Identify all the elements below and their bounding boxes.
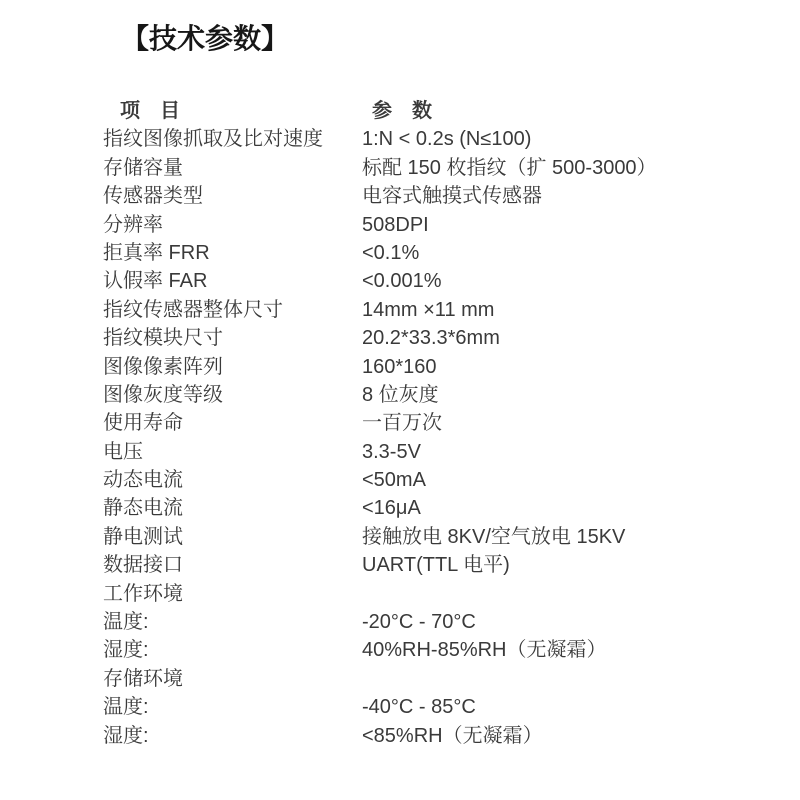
table-row: 图像像素阵列 160*160 <box>103 353 723 381</box>
table-row: 拒真率 FRR <0.1% <box>103 239 723 267</box>
row-value: <85%RH（无凝霜） <box>362 722 723 750</box>
table-row: 温度: -40°C - 85°C <box>103 693 723 721</box>
row-item-label: 湿度: <box>103 722 362 750</box>
row-value: <50mA <box>362 466 723 494</box>
row-value: 14mm ×11 mm <box>362 296 723 324</box>
row-value: 20.2*33.3*6mm <box>362 324 723 352</box>
row-value: -40°C - 85°C <box>362 693 723 721</box>
row-item-label: 温度: <box>103 693 362 721</box>
column-header-item: 项 目 <box>103 97 362 125</box>
row-item-label: 数据接口 <box>103 551 362 579</box>
table-row: 湿度: <85%RH（无凝霜） <box>103 722 723 750</box>
row-value: 3.3-5V <box>362 438 723 466</box>
table-row: 湿度: 40%RH-85%RH（无凝霜） <box>103 636 723 664</box>
row-value: <16μA <box>362 494 723 522</box>
row-value: -20°C - 70°C <box>362 608 723 636</box>
row-item-label: 图像灰度等级 <box>103 381 362 409</box>
table-row: 电压 3.3-5V <box>103 438 723 466</box>
table-header-row: 项 目 参 数 <box>103 97 723 125</box>
table-row: 静态电流 <16μA <box>103 494 723 522</box>
table-row: 存储环境 <box>103 665 723 693</box>
row-value: <0.1% <box>362 239 723 267</box>
row-item-label: 指纹传感器整体尺寸 <box>103 296 362 324</box>
row-item-label: 静电测试 <box>103 523 362 551</box>
table-row: 静电测试 接触放电 8KV/空气放电 15KV <box>103 523 723 551</box>
table-row: 指纹传感器整体尺寸 14mm ×11 mm <box>103 296 723 324</box>
table-row: 数据接口 UART(TTL 电平) <box>103 551 723 579</box>
row-value <box>362 580 723 608</box>
table-row: 分辨率 508DPI <box>103 211 723 239</box>
table-row: 指纹图像抓取及比对速度 1:N < 0.2s (N≤100) <box>103 125 723 153</box>
row-value: 接触放电 8KV/空气放电 15KV <box>362 523 723 551</box>
row-item-label: 指纹模块尺寸 <box>103 324 362 352</box>
row-item-label: 湿度: <box>103 636 362 664</box>
row-value: 1:N < 0.2s (N≤100) <box>362 125 723 153</box>
row-item-label: 存储容量 <box>103 154 362 182</box>
document-page: 【技术参数】 项 目 参 数 指纹图像抓取及比对速度 1:N < 0.2s (N… <box>0 0 800 800</box>
row-item-label: 图像像素阵列 <box>103 353 362 381</box>
row-value: UART(TTL 电平) <box>362 551 723 579</box>
row-value: 电容式触摸式传感器 <box>362 182 723 210</box>
row-item-label: 使用寿命 <box>103 409 362 437</box>
row-value: 40%RH-85%RH（无凝霜） <box>362 636 723 664</box>
row-item-label: 指纹图像抓取及比对速度 <box>103 125 362 153</box>
row-item-label: 拒真率 FRR <box>103 239 362 267</box>
row-value: 8 位灰度 <box>362 381 723 409</box>
table-row: 温度: -20°C - 70°C <box>103 608 723 636</box>
column-header-param: 参 数 <box>362 97 723 125</box>
spec-table: 项 目 参 数 指纹图像抓取及比对速度 1:N < 0.2s (N≤100) 存… <box>103 97 723 750</box>
table-row: 指纹模块尺寸 20.2*33.3*6mm <box>103 324 723 352</box>
row-item-label: 传感器类型 <box>103 182 362 210</box>
row-value <box>362 665 723 693</box>
row-item-label: 分辨率 <box>103 211 362 239</box>
row-item-label: 温度: <box>103 608 362 636</box>
row-item-label: 静态电流 <box>103 494 362 522</box>
row-item-label: 工作环境 <box>103 580 362 608</box>
table-row: 工作环境 <box>103 580 723 608</box>
table-row: 动态电流 <50mA <box>103 466 723 494</box>
table-row: 使用寿命 一百万次 <box>103 409 723 437</box>
table-row: 传感器类型 电容式触摸式传感器 <box>103 182 723 210</box>
table-row: 存储容量 标配 150 枚指纹（扩 500-3000） <box>103 154 723 182</box>
row-value: 160*160 <box>362 353 723 381</box>
row-value: <0.001% <box>362 267 723 295</box>
row-value: 标配 150 枚指纹（扩 500-3000） <box>362 154 723 182</box>
row-item-label: 动态电流 <box>103 466 362 494</box>
row-item-label: 存储环境 <box>103 665 362 693</box>
row-value: 508DPI <box>362 211 723 239</box>
row-item-label: 认假率 FAR <box>103 267 362 295</box>
page-title: 【技术参数】 <box>121 22 289 56</box>
row-value: 一百万次 <box>362 409 723 437</box>
row-item-label: 电压 <box>103 438 362 466</box>
table-row: 图像灰度等级 8 位灰度 <box>103 381 723 409</box>
table-row: 认假率 FAR <0.001% <box>103 267 723 295</box>
